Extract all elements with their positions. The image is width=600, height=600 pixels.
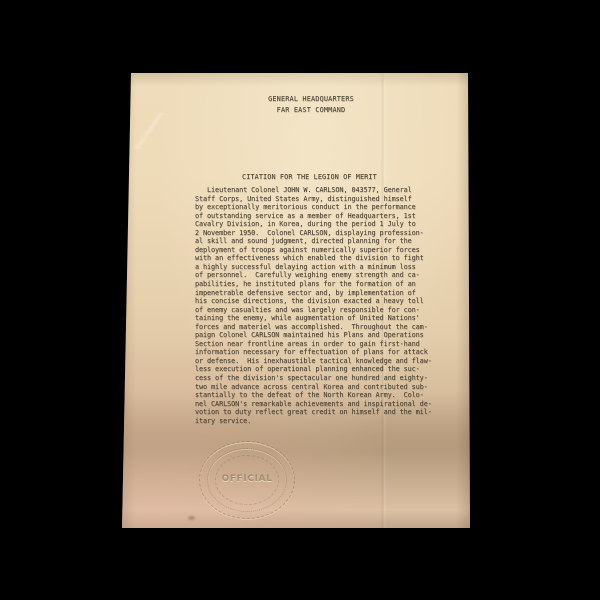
paper-crease: [126, 113, 172, 149]
document-title: CITATION FOR THE LEGION OF MERIT: [242, 173, 377, 181]
photo-of-document: GENERAL HEADQUARTERS FAR EAST COMMAND CI…: [0, 0, 600, 600]
document-header: GENERAL HEADQUARTERS FAR EAST COMMAND: [268, 94, 354, 116]
paper-speck: [188, 516, 195, 520]
citation-body-text: Lieutenant Colonel JOHN W. CARLSON, 0435…: [195, 186, 437, 425]
document-paper: GENERAL HEADQUARTERS FAR EAST COMMAND CI…: [122, 73, 470, 528]
official-embossed-seal: OFFICIAL: [199, 441, 295, 519]
header-command-line2: FAR EAST COMMAND: [268, 105, 354, 116]
header-command-line1: GENERAL HEADQUARTERS: [268, 94, 354, 105]
seal-official-text: OFFICIAL: [200, 474, 294, 484]
